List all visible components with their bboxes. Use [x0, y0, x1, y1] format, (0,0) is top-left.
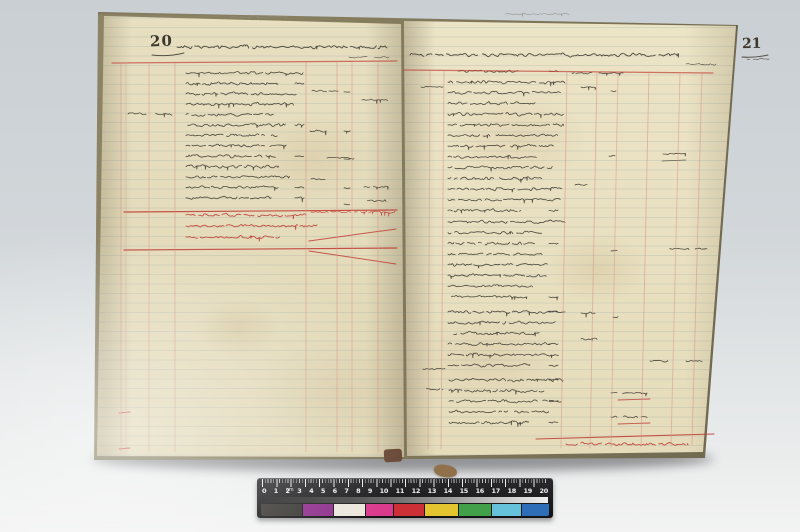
ruler-number: 8: [356, 487, 360, 496]
ruler-number: 0: [262, 487, 266, 496]
color-patch: [492, 504, 521, 516]
ruler-number: 4: [309, 487, 313, 496]
ruler-number: 5: [321, 487, 325, 496]
ruler-number: 12: [412, 487, 420, 496]
ruler-number: 15: [460, 487, 468, 496]
grayscale-strip: [262, 497, 548, 503]
page-number-right-sub: [747, 58, 769, 59]
color-calibration-strip: [261, 504, 549, 516]
page-number-left: 20: [150, 32, 173, 51]
ruler-number: 9: [368, 487, 372, 496]
ruler-number: 6: [333, 487, 337, 496]
page-number-right: 21: [742, 36, 762, 52]
ruler-number: 18: [508, 487, 516, 496]
ruler-numbers: cm 01234567891011121314151617181920: [262, 487, 548, 496]
color-patch: [261, 504, 302, 516]
ruler-number: 7: [344, 487, 348, 496]
ruler-number: 16: [476, 487, 484, 496]
ruler-number: 14: [444, 487, 452, 496]
book-spine-edge: [384, 449, 403, 463]
color-patch: [303, 504, 333, 516]
color-patch: [425, 504, 458, 516]
color-patch: [334, 504, 364, 516]
ruler-number: 20: [540, 487, 548, 496]
underline-page-21: [742, 55, 768, 57]
ruler-number: 13: [428, 487, 436, 496]
measuring-scale: cm 01234567891011121314151617181920: [257, 478, 553, 518]
ruler-unit-label: cm: [286, 487, 294, 493]
ruler-number: 3: [297, 487, 301, 496]
color-patch: [459, 504, 491, 516]
ruler-number: 17: [492, 487, 500, 496]
ruler-number: 1: [274, 487, 278, 496]
ruler-tick-marks: [262, 479, 548, 487]
color-patch: [394, 504, 424, 516]
ruler-number: 19: [524, 487, 532, 496]
color-patch: [522, 504, 549, 516]
ledger-book: [88, 8, 740, 466]
ruler-number: 10: [380, 487, 388, 496]
color-patch: [366, 504, 393, 516]
photo-of-open-ledger: 20 21 cm 0123456789101112131415161718192…: [0, 0, 800, 532]
ruler-number: 11: [396, 487, 404, 496]
